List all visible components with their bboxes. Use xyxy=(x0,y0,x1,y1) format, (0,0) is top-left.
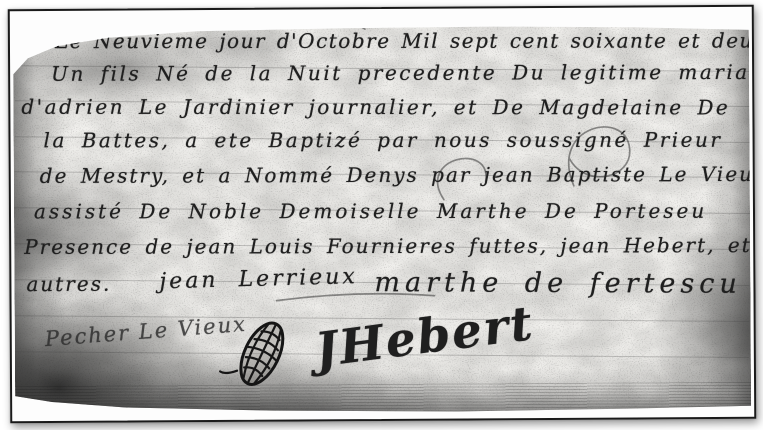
name-marthe-de-fertescu: marthe de fertescu xyxy=(374,267,741,300)
manuscript-line-6: assisté De Noble Demoiselle Marthe De Po… xyxy=(34,199,707,224)
manuscript-paper: Le Neuvieme jour d'Octobre Mil sept cent… xyxy=(13,10,751,416)
manuscript-line-8: autres. xyxy=(26,272,111,297)
manuscript-line-4: la Battes, a ete Baptizé par nous soussi… xyxy=(44,128,723,153)
manuscript-line-7: Presence de jean Louis Fournieres futtes… xyxy=(24,233,751,259)
manuscript-line-5: de Mestry, et a Nommé Denys par jean Bap… xyxy=(40,162,751,188)
manuscript-line-3: d'adrien Le Jardinier journalier, et De … xyxy=(21,95,730,120)
manuscript-line-2: Un fils Né de la Nuit precedente Du legi… xyxy=(51,60,751,86)
manuscript-line-1: Le Neuvieme jour d'Octobre Mil sept cent… xyxy=(55,29,751,54)
scanned-manuscript: Le Neuvieme jour d'Octobre Mil sept cent… xyxy=(8,5,757,424)
page-background: Le Neuvieme jour d'Octobre Mil sept cent… xyxy=(0,0,763,430)
